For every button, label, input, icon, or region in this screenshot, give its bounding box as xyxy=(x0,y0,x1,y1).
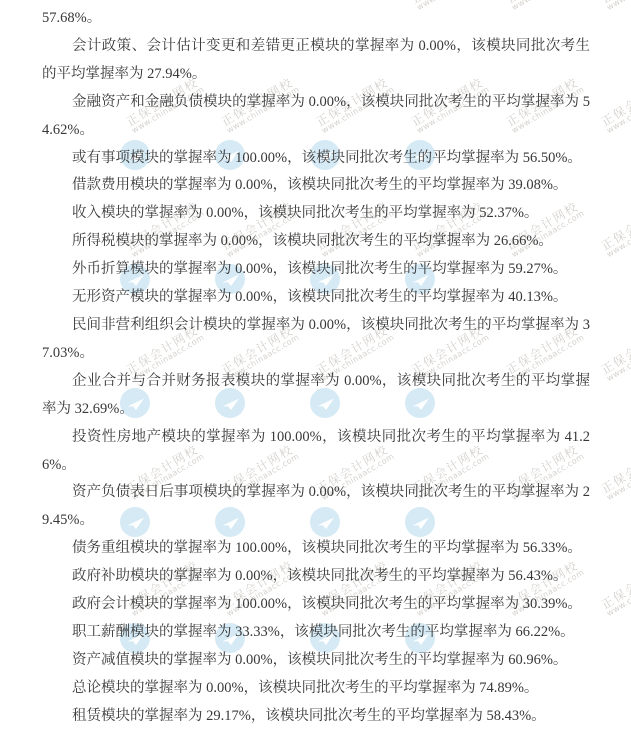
paragraph: 借款费用模块的掌握率为 0.00%，该模块同批次考生的平均掌握率为 39.08%… xyxy=(42,172,590,200)
brand-watermark: 正保会计网校www.chinaacc.com xyxy=(599,199,631,259)
site-url-watermark-text: www.chinaacc.com xyxy=(606,569,631,619)
brand-watermark-text: 正保会计网校 xyxy=(599,0,631,5)
brand-watermark-text: 正保会计网校 xyxy=(599,558,631,611)
site-url-watermark-text: www.chinaacc.com xyxy=(606,0,631,12)
paragraph: 57.68%。 xyxy=(42,5,590,33)
brand-watermark-text: 正保会计网校 xyxy=(599,75,631,128)
paragraph: 债务重组模块的掌握率为 100.00%，该模块同批次考生的平均掌握率为 56.3… xyxy=(42,535,590,563)
paragraph: 或有事项模块的掌握率为 100.00%，该模块同批次考生的平均掌握率为 56.5… xyxy=(42,145,590,173)
brand-watermark: 正保会计网校www.chinaacc.com xyxy=(599,323,631,383)
paragraph: 政府补助模块的掌握率为 0.00%，该模块同批次考生的平均掌握率为 56.43%… xyxy=(42,563,590,591)
paragraph: 租赁模块的掌握率为 29.17%，该模块同批次考生的平均掌握率为 58.43%。 xyxy=(42,703,590,731)
paragraph: 金融资产和金融负债模块的掌握率为 0.00%，该模块同批次考生的平均掌握率为 5… xyxy=(42,89,590,145)
brand-watermark-text: 正保会计网校 xyxy=(599,442,631,495)
paragraph: 总论模块的掌握率为 0.00%，该模块同批次考生的平均掌握率为 74.89%。 xyxy=(42,675,590,703)
brand-watermark: 正保会计网校www.chinaacc.com xyxy=(599,558,631,618)
paragraph: 职工薪酬模块的掌握率为 33.33%，该模块同批次考生的平均掌握率为 66.22… xyxy=(42,619,590,647)
paragraph: 资产负债表日后事项模块的掌握率为 0.00%，该模块同批次考生的平均掌握率为 2… xyxy=(42,479,590,535)
brand-watermark-text: 正保会计网校 xyxy=(599,323,631,376)
document-text: 57.68%。会计政策、会计估计变更和差错更正模块的掌握率为 0.00%，该模块… xyxy=(42,5,590,731)
paragraph: 外币折算模块的掌握率为 0.00%，该模块同批次考生的平均掌握率为 59.27%… xyxy=(42,256,590,284)
paragraph: 资产减值模块的掌握率为 0.00%，该模块同批次考生的平均掌握率为 60.96%… xyxy=(42,647,590,675)
paragraph: 政府会计模块的掌握率为 100.00%，该模块同批次考生的平均掌握率为 30.3… xyxy=(42,591,590,619)
site-url-watermark-text: www.chinaacc.com xyxy=(606,453,631,503)
site-url-watermark-text: www.chinaacc.com xyxy=(606,334,631,384)
document-page: 正保会计网校www.chinaacc.com正保会计网校www.chinaacc… xyxy=(0,0,631,743)
site-url-watermark-text: www.chinaacc.com xyxy=(606,86,631,136)
site-url-watermark-text: www.chinaacc.com xyxy=(606,210,631,260)
paragraph: 所得税模块的掌握率为 0.00%，该模块同批次考生的平均掌握率为 26.66%。 xyxy=(42,228,590,256)
paragraph: 民间非营利组织会计模块的掌握率为 0.00%，该模块同批次考生的平均掌握率为 3… xyxy=(42,312,590,368)
paragraph: 投资性房地产模块的掌握率为 100.00%，该模块同批次考生的平均掌握率为 41… xyxy=(42,424,590,480)
paragraph: 无形资产模块的掌握率为 0.00%，该模块同批次考生的平均掌握率为 40.13%… xyxy=(42,284,590,312)
paragraph: 会计政策、会计估计变更和差错更正模块的掌握率为 0.00%，该模块同批次考生的平… xyxy=(42,33,590,89)
brand-watermark-text: 正保会计网校 xyxy=(599,199,631,252)
brand-watermark: 正保会计网校www.chinaacc.com xyxy=(599,0,631,12)
brand-watermark: 正保会计网校www.chinaacc.com xyxy=(599,75,631,135)
paragraph: 企业合并与合并财务报表模块的掌握率为 0.00%，该模块同批次考生的平均掌握率为… xyxy=(42,368,590,424)
brand-watermark: 正保会计网校www.chinaacc.com xyxy=(599,442,631,502)
paragraph: 收入模块的掌握率为 0.00%，该模块同批次考生的平均掌握率为 52.37%。 xyxy=(42,200,590,228)
